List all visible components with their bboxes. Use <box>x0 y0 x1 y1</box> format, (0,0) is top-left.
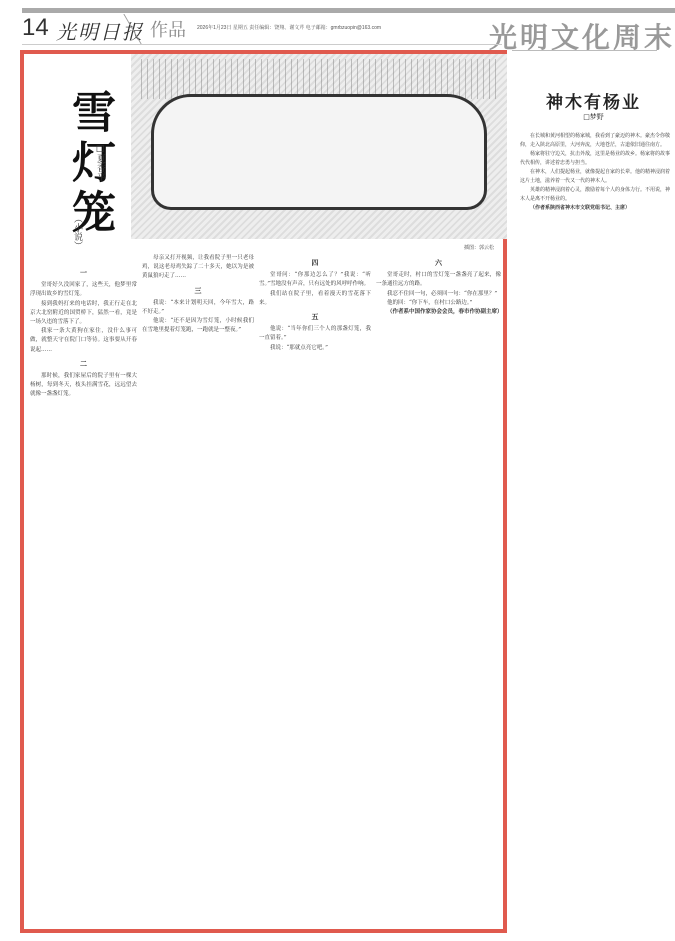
paragraph: 在神木，人们提起杨业，就像提起自家的长辈。他的精神浸润着这片土地，滋养着一代又一… <box>520 168 670 186</box>
page-header: 14 光明日报 作品 2026年1月23日 星期五 责任编辑：饶翔、谢文芹 电子… <box>22 14 675 44</box>
paragraph: 我家一条大黄狗在家住，没什么事可做，就整天守在院门口等待。这事要从开春说起…… <box>30 327 137 355</box>
section-title: 作品 <box>150 16 186 42</box>
paragraph: 杨家将驻守边关，抗击外敌，这里是杨业的故乡。杨家将的故事代代相传，讲述着忠勇与担… <box>520 150 670 168</box>
story-illustration <box>131 54 507 239</box>
paragraph: 他的回：“你下车，在村口公路边。” <box>376 299 501 308</box>
section-number: 一 <box>30 268 137 277</box>
top-rule <box>22 8 675 13</box>
section-number: 六 <box>376 258 501 267</box>
sidebar-author-note: （作者系陕西省神木市文联党组书记、主席） <box>520 204 670 213</box>
paragraph: 我忍不住回一句，必须回一句：“你在那里？” <box>376 290 501 299</box>
paragraph: 我说：“那就点亮它吧。” <box>259 344 371 353</box>
story-author-note: （作者系中国作家协会会员，春市作协副主席） <box>376 308 501 317</box>
story-column-1: 一 堂哥好久没回家了，这些天，他梦里常浮现出故乡的雪灯笼。 接到我妈打来的电话时… <box>30 264 137 924</box>
section-number: 二 <box>30 359 137 368</box>
newspaper-logo: 光明日报 <box>56 16 144 45</box>
story-column-3: 四 堂哥问：“你那边怎么了？”我说：“听雪。”雪地没有声音，只有远处的风呼呼作响… <box>259 254 371 924</box>
section-number: 四 <box>259 258 371 267</box>
paragraph: 英雄的精神浸润着心灵，激励着每个人的身体力行。不用说，神木人是离不开杨业的。 <box>520 186 670 204</box>
paragraph: 堂哥问：“你那边怎么了？”我说：“听雪。”雪地没有声音，只有远处的风呼呼作响。 <box>259 271 371 289</box>
sidebar-title: 神木有杨业 <box>512 88 675 113</box>
sidebar-article: 神木有杨业 □梦野 在长城和黄河相望的杨家城，我看到了豪迈的神木。豪杰令你敬仰，… <box>512 50 675 941</box>
story-genre: （小说） <box>71 214 84 250</box>
illustration-caption: 插图：郭云松 <box>464 244 494 251</box>
paragraph: 堂哥走时，村口的雪灯笼一盏盏亮了起来，像一条通往远方的路。 <box>376 271 501 289</box>
header-rule <box>22 44 502 45</box>
trees-drawing <box>141 59 501 99</box>
paragraph: 他说：“当年你们三个人的那盏灯笼，我一直留着。” <box>259 325 371 343</box>
paragraph: 接到我妈打来的电话时，我正行走在北京大北窑附近的国贸桥下，猛然一看，竟是一场久违… <box>30 300 137 328</box>
paragraph: 在长城和黄河相望的杨家城，我看到了豪迈的神木。豪杰令你敬仰，走入陕北高原里，大河… <box>520 132 670 150</box>
story-frame: 雪灯笼 □夏香平 （小说） 插图：郭云松 一 堂哥好久没回家了，这些天，他梦里常… <box>20 50 507 933</box>
sidebar-body: 在长城和黄河相望的杨家城，我看到了豪迈的神木。豪杰令你敬仰，走入陕北高原里，大河… <box>520 132 670 213</box>
paragraph: 他说：“还不是因为雪灯笼，小时候我们在雪地里提着灯笼跑，一跑就是一整夜。” <box>142 317 254 335</box>
paragraph: 母亲又打开视频，让我看院子里一只老母鸡，说这老母鸡失踪了二十多天，她以为是被黄鼠… <box>142 254 254 282</box>
sidebar-rule <box>512 50 657 51</box>
story-author: □夏香平 <box>94 144 107 181</box>
page-number: 14 <box>22 14 49 42</box>
story-column-2: 母亲又打开视频，让我看院子里一只老母鸡，说这老母鸡失踪了二十多天，她以为是被黄鼠… <box>142 254 254 924</box>
section-number: 五 <box>259 312 371 321</box>
section-number: 三 <box>142 286 254 295</box>
paragraph: 我说：“本来计划明天回，今年雪大，路不好走。” <box>142 299 254 317</box>
paragraph: 我们站在院子里，看着漫天的雪花落下来。 <box>259 290 371 308</box>
paragraph: 堂哥好久没回家了，这些天，他梦里常浮现出故乡的雪灯笼。 <box>30 281 137 299</box>
paragraph: 那时候，我们家屋后的院子里有一棵大杨树，每到冬天，枝头挂满雪花，远远望去就像一盏… <box>30 372 137 400</box>
issue-meta: 2026年1月23日 星期五 责任编辑：饶翔、谢文芹 电子邮箱：gmrbzuop… <box>197 24 381 31</box>
story-column-4: 六 堂哥走时，村口的雪灯笼一盏盏亮了起来，像一条通往远方的路。 我忍不住回一句，… <box>376 254 501 929</box>
snow-house-drawing <box>151 94 487 210</box>
story-title: 雪灯笼 <box>57 89 121 239</box>
sidebar-author: □梦野 <box>512 112 675 122</box>
